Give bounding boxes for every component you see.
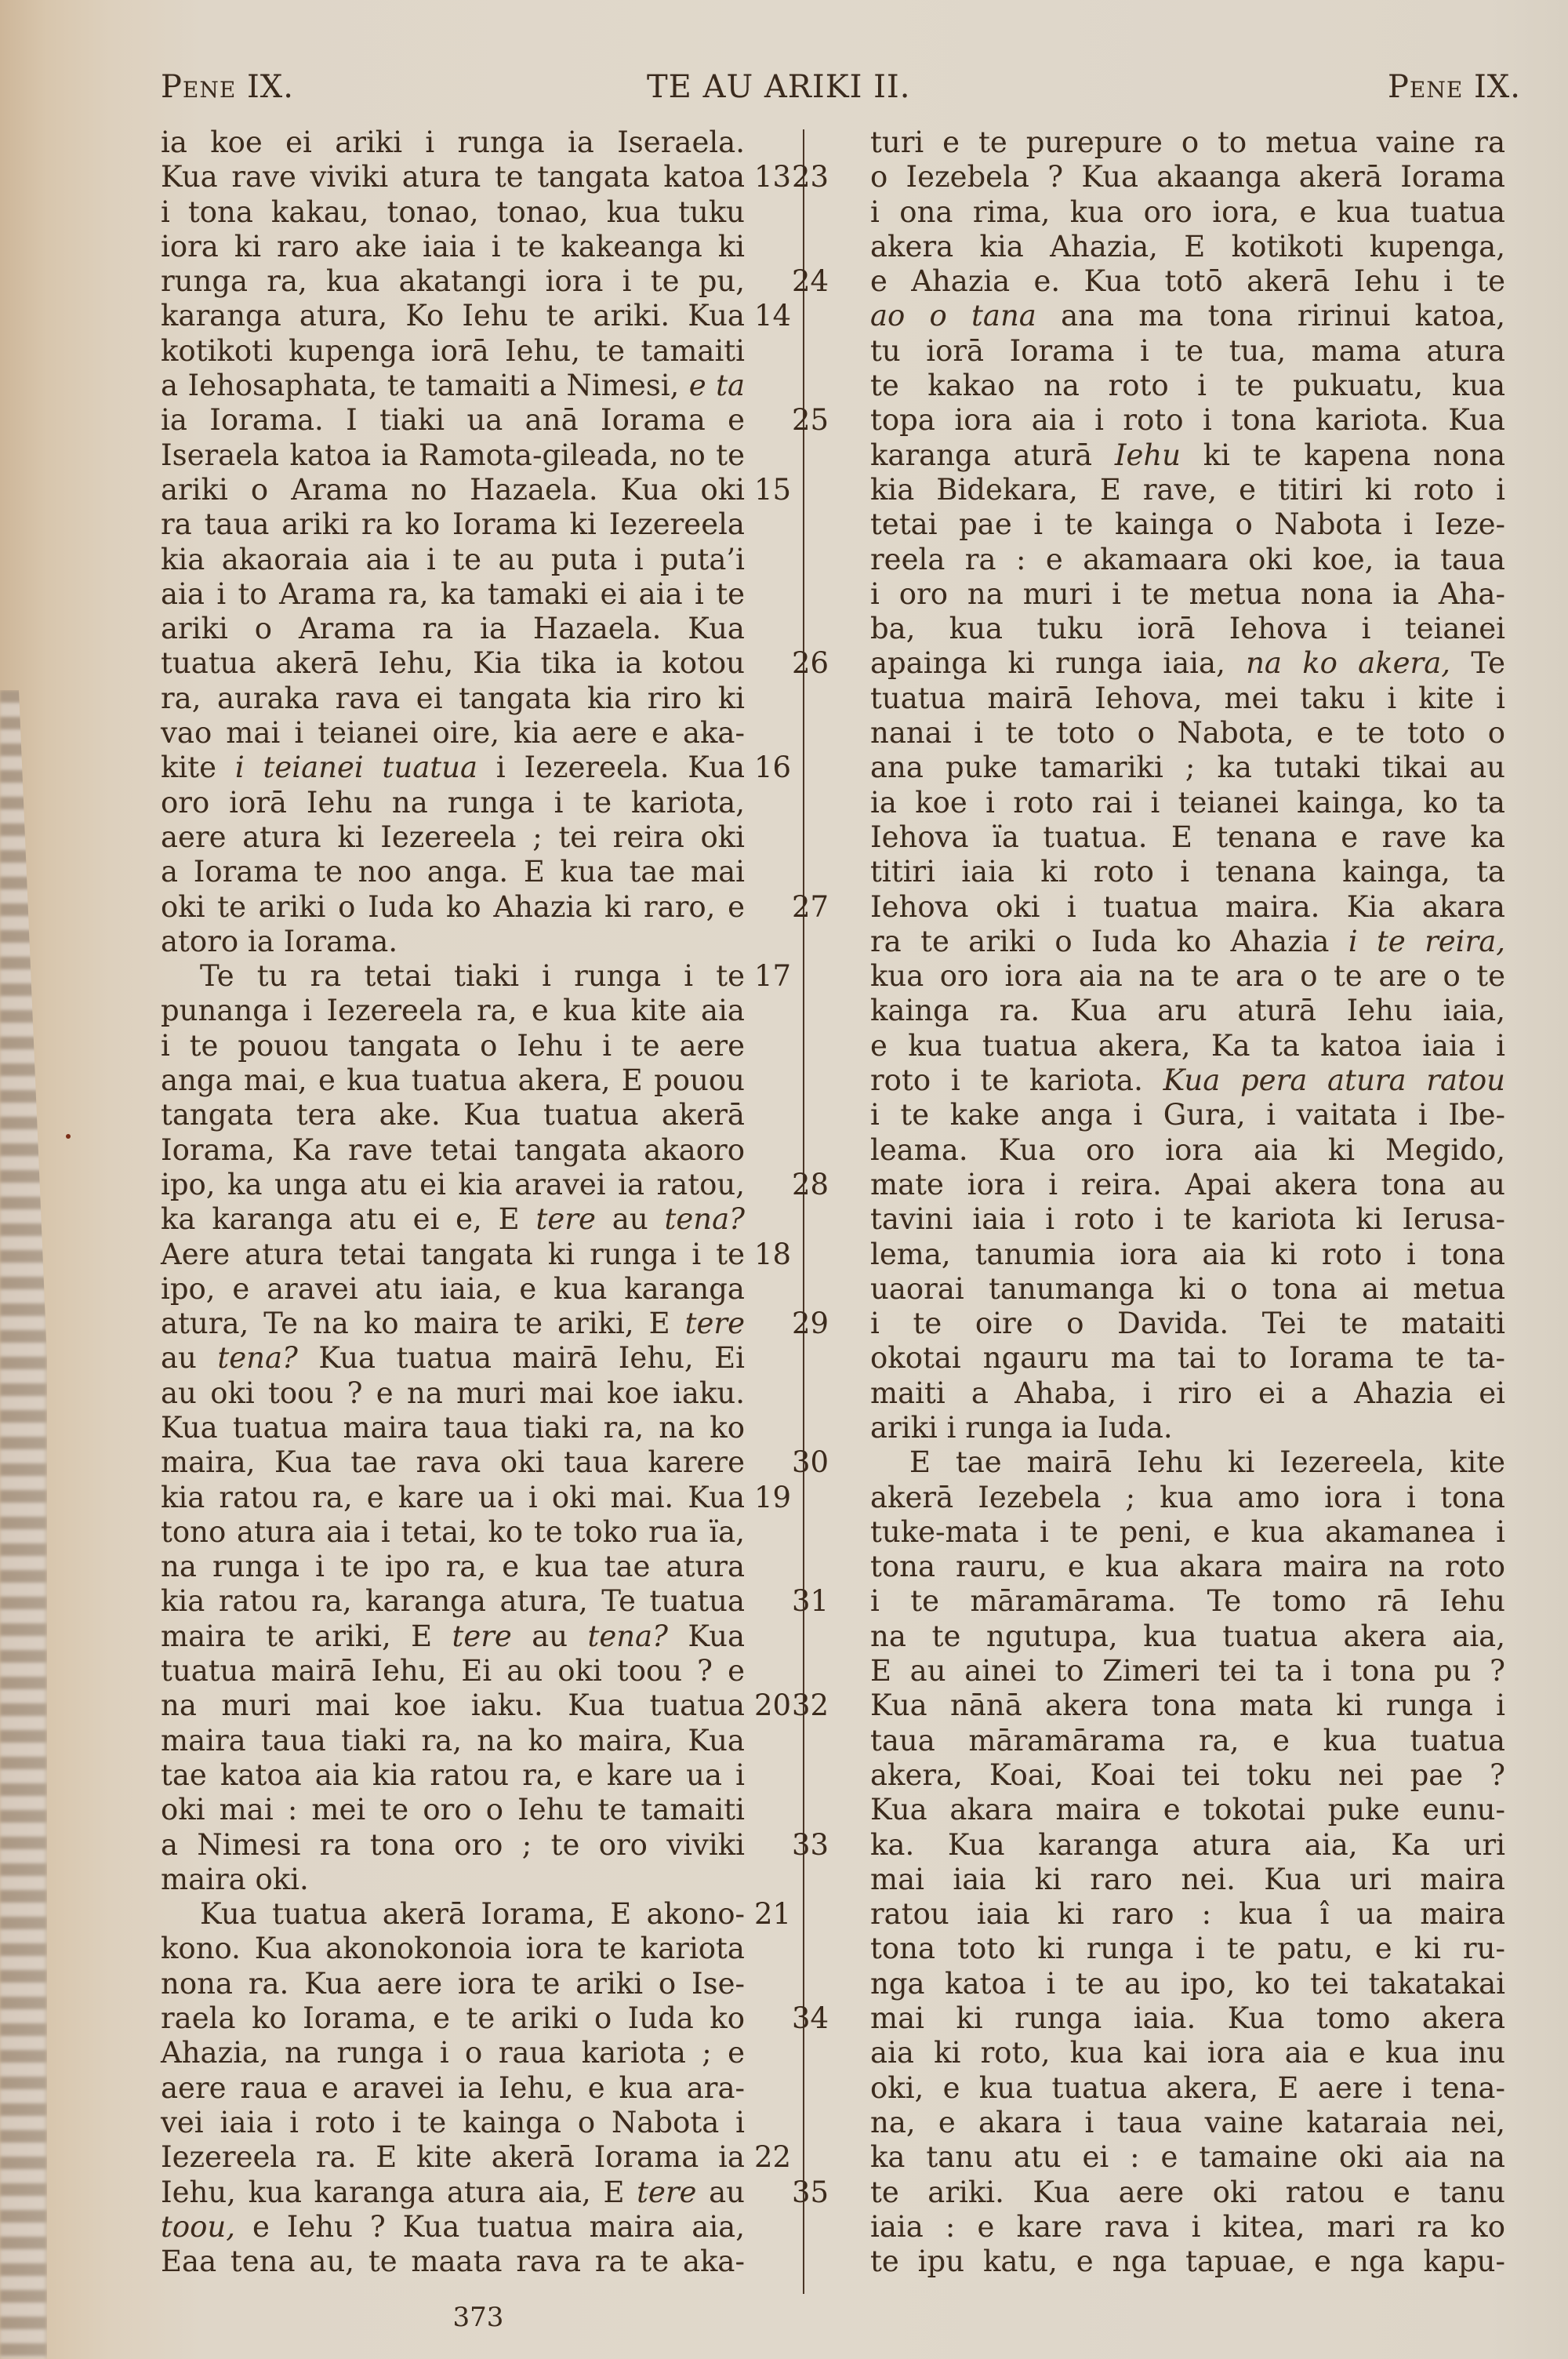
verse-number: 29 xyxy=(792,1307,847,1341)
text-line: iora ki raro ake iaia i te kakeanga ki xyxy=(161,230,745,264)
text-line: Iehova oki i tuatua maira. Kia akara27 xyxy=(870,890,1505,925)
facing-page-edge xyxy=(0,690,47,2359)
text-line: Kua tuatua maira taua tiaki ra, na ko xyxy=(161,1411,745,1445)
text-line: ariki o Arama no Hazaela. Kua oki15 xyxy=(161,473,745,507)
text-line: maiti a Ahaba, i riro ei a Ahazia ei xyxy=(870,1376,1505,1411)
line-text: kua oro iora aia na te ara o te are o te xyxy=(870,959,1505,993)
verse-number: 31 xyxy=(792,1584,847,1619)
line-text: tae katoa aia kia ratou ra, e kare ua i xyxy=(161,1758,745,1792)
text-line: karanga aturā Iehu ki te kapena nona xyxy=(870,438,1505,473)
line-text: maira te ariki, E xyxy=(161,1619,432,1653)
text-line: i te oire o Davida. Tei te mataiti29 xyxy=(870,1307,1505,1341)
running-head-left: Pene IX. xyxy=(161,69,294,105)
text-line: anga mai, e kua tuatua akera, E pouou xyxy=(161,1063,745,1098)
text-line: karanga atura, Ko Iehu te ariki. Kua14 xyxy=(161,299,745,333)
text-line: aere atura ki Iezereela ; tei reira oki xyxy=(161,820,745,855)
text-line: ipo, e aravei atu iaia, e kua karanga xyxy=(161,1272,745,1307)
line-text: i Iezereela. Kua xyxy=(496,751,745,784)
text-line: ariki i runga ia Iuda. xyxy=(870,1411,1505,1445)
line-text: Te xyxy=(1471,646,1505,680)
text-line: ra, auraka rava ei tangata kia riro ki xyxy=(161,682,745,716)
line-text: karanga aturā xyxy=(870,438,1092,472)
line-text: tona rauru, e kua akara maira na roto xyxy=(870,1550,1505,1583)
left-text-column: ia koe ei ariki i runga ia Iseraela.Kua … xyxy=(161,125,745,2279)
line-text: ba, kua tuku iorā Iehova i teianei xyxy=(870,612,1505,645)
line-text: topa iora aia i roto i tona kariota. Kua xyxy=(870,403,1505,437)
italic-text: Kua pera atura ratou xyxy=(1163,1063,1505,1097)
line-text: taua māramārama ra, e kua tuatua xyxy=(870,1724,1505,1757)
text-line: akera, Koai, Koai tei toku nei pae ? xyxy=(870,1758,1505,1793)
verse-number: 15 xyxy=(754,473,809,507)
text-line: ia koe i roto rai i teianei kainga, ko t… xyxy=(870,786,1505,820)
text-line: e kua tuatua akera, Ka ta katoa iaia i xyxy=(870,1029,1505,1063)
line-text: i te oire o Davida. Tei te mataiti xyxy=(870,1307,1505,1340)
text-line: tangata tera ake. Kua tuatua akerā xyxy=(161,1098,745,1132)
line-text: uaorai tanumanga ki o tona ai metua xyxy=(870,1272,1505,1306)
verse-number: 21 xyxy=(754,1897,809,1932)
text-line: tuatua mairā Iehu, Ei au oki toou ? e xyxy=(161,1654,745,1688)
line-text: aere atura ki Iezereela ; tei reira oki xyxy=(161,820,745,854)
text-line: au tena? Kua tuatua mairā Iehu, Ei xyxy=(161,1341,745,1376)
text-line: kite i teianei tuatua i Iezereela. Kua16 xyxy=(161,751,745,785)
italic-text: tere xyxy=(452,1619,511,1653)
line-text: tono atura aia i tetai, ko te toko rua ï… xyxy=(161,1515,745,1549)
verse-number: 30 xyxy=(792,1445,847,1480)
text-line: tetai pae i te kainga o Nabota i Ieze- xyxy=(870,507,1505,542)
text-line: tono atura aia i tetai, ko te toko rua ï… xyxy=(161,1515,745,1550)
line-text: atura, Te na ko maira te ariki, E xyxy=(161,1307,670,1340)
line-text: Iehu, kua karanga atura aia, E xyxy=(161,2175,624,2209)
line-text: Iehova oki i tuatua maira. Kia akara xyxy=(870,890,1505,924)
verse-number: 34 xyxy=(792,2001,847,2036)
text-line: ra taua ariki ra ko Iorama ki Iezereela xyxy=(161,507,745,542)
line-text: Aere atura tetai tangata ki runga i te xyxy=(161,1238,745,1271)
verse-number: 35 xyxy=(792,2175,847,2210)
italic-text: e ta xyxy=(689,369,745,402)
column-divider xyxy=(803,129,804,2294)
page-number: 373 xyxy=(439,2302,517,2333)
line-text: tu iorā Iorama i te tua, mama atura xyxy=(870,334,1505,368)
line-text: Te tu ra tetai tiaki i runga i te xyxy=(200,959,745,993)
line-text: maira oki. xyxy=(161,1863,309,1896)
text-line: oki, e kua tuatua akera, E aere i tena- xyxy=(870,2071,1505,2106)
line-text: nona ra. Kua aere iora te ariki o Ise- xyxy=(161,1967,745,2001)
line-text: aia ki roto, kua kai iora aia e kua inu xyxy=(870,2036,1505,2070)
line-text: au xyxy=(161,1341,197,1375)
italic-text: i teianei tuatua xyxy=(235,751,477,784)
line-text: E au ainei to Zimeri tei ta i tona pu ? xyxy=(870,1654,1505,1688)
text-line: tu iorā Iorama i te tua, mama atura xyxy=(870,334,1505,369)
line-text: E tae mairā Iehu ki Iezereela, kite xyxy=(909,1445,1505,1479)
line-text: ka. Kua karanga atura aia, Ka uri xyxy=(870,1828,1505,1862)
text-line: nanai i te toto o Nabota, e te toto o xyxy=(870,716,1505,751)
line-text: tetai pae i te kainga o Nabota i Ieze- xyxy=(870,507,1505,541)
line-text: iaia : e kare rava i kitea, mari ra ko xyxy=(870,2210,1505,2244)
line-text: nanai i te toto o Nabota, e te toto o xyxy=(870,716,1505,750)
italic-text: tere xyxy=(685,1307,745,1340)
text-line: te ariki. Kua aere oki ratou e tanu35 xyxy=(870,2175,1505,2210)
line-text: apainga ki runga iaia, xyxy=(870,646,1225,680)
line-text: titiri iaia ki roto i tenana kainga, ta xyxy=(870,855,1505,889)
line-text: mai iaia ki raro nei. Kua uri maira xyxy=(870,1863,1505,1896)
text-line: Ahazia, na runga i o raua kariota ; e xyxy=(161,2036,745,2070)
line-text: i tona kakau, tonao, tonao, kua tuku xyxy=(161,195,745,229)
line-text: kite xyxy=(161,751,216,784)
line-text: ipo, ka unga atu ei kia aravei ia ratou, xyxy=(161,1168,745,1201)
text-line: aia i to Arama ra, ka tamaki ei aia i te xyxy=(161,577,745,612)
text-line: Iorama, Ka rave tetai tangata akaoro xyxy=(161,1133,745,1168)
line-text: ka tanu atu ei : e tamaine oki aia na xyxy=(870,2140,1505,2174)
text-line: i te pouou tangata o Iehu i te aere xyxy=(161,1029,745,1063)
line-text: Iezereela ra. E kite akerā Iorama ia xyxy=(161,2140,745,2174)
text-line: tuatua mairā Iehova, mei taku i kite i xyxy=(870,682,1505,716)
line-text: Iehova ïa tuatua. E tenana e rave ka xyxy=(870,820,1505,854)
line-text: ariki o Arama no Hazaela. Kua oki xyxy=(161,473,745,507)
text-line: e Ahazia e. Kua totō akerā Iehu i te24 xyxy=(870,264,1505,299)
line-text: te kakao na roto i te pukuatu, kua xyxy=(870,369,1505,402)
line-text: vei iaia i roto i te kainga o Nabota i xyxy=(161,2106,745,2139)
text-line: ia koe ei ariki i runga ia Iseraela. xyxy=(161,125,745,160)
line-text: e Iehu ? Kua tuatua maira aia, xyxy=(252,2210,745,2244)
text-line: Kua nānā akera tona mata ki runga i32 xyxy=(870,1688,1505,1723)
text-line: atura, Te na ko maira te ariki, E tere xyxy=(161,1307,745,1341)
line-text: ra taua ariki ra ko Iorama ki Iezereela xyxy=(161,507,745,541)
line-text: aia i to Arama ra, ka tamaki ei aia i te xyxy=(161,577,745,611)
text-line: lema, tanumia iora aia ki roto i tona xyxy=(870,1238,1505,1272)
text-line: tona rauru, e kua akara maira na roto xyxy=(870,1550,1505,1584)
line-text: kotikoti kupenga iorā Iehu, te tamaiti xyxy=(161,334,745,368)
running-head-right: Pene IX. xyxy=(1388,69,1521,105)
text-line: i oro na muri i te metua nona ia Aha- xyxy=(870,577,1505,612)
text-line: na, e akara i taua vaine kataraia nei, xyxy=(870,2106,1505,2140)
line-text: i te kake anga i Gura, i vaitata i Ibe- xyxy=(870,1098,1505,1132)
text-line: kono. Kua akonokonoia iora te kariota xyxy=(161,1932,745,1966)
line-text: kia ratou ra, karanga atura, Te tuatua xyxy=(161,1584,745,1618)
text-line: E tae mairā Iehu ki Iezereela, kite30 xyxy=(870,1445,1505,1480)
line-text: maira, Kua tae rava oki taua karere xyxy=(161,1445,745,1479)
text-line: oki te ariki o Iuda ko Ahazia ki raro, e xyxy=(161,890,745,925)
line-text: akera, Koai, Koai tei toku nei pae ? xyxy=(870,1758,1505,1792)
line-text: roto i te kariota. xyxy=(870,1063,1143,1097)
text-line: mate iora i reira. Apai akera tona au28 xyxy=(870,1168,1505,1202)
line-text: i te pouou tangata o Iehu i te aere xyxy=(161,1029,745,1063)
text-line: te kakao na roto i te pukuatu, kua xyxy=(870,369,1505,403)
text-line: ba, kua tuku iorā Iehova i teianei xyxy=(870,612,1505,646)
text-line: Iseraela katoa ia Ramota-gileada, no te xyxy=(161,438,745,473)
line-text: ka karanga atu ei e, E xyxy=(161,1202,520,1236)
line-text: oki mai : mei te oro o Iehu te tamaiti xyxy=(161,1793,745,1826)
line-text: reela ra : e akamaara oki koe, ia taua xyxy=(870,543,1505,576)
text-line: Eaa tena au, te maata rava ra te aka- xyxy=(161,2245,745,2279)
text-line: roto i te kariota. Kua pera atura ratou xyxy=(870,1063,1505,1098)
text-line: turi e te purepure o to metua vaine ra xyxy=(870,125,1505,160)
line-text: maira taua tiaki ra, na ko maira, Kua xyxy=(161,1724,745,1757)
line-text: ra, auraka rava ei tangata kia riro ki xyxy=(161,682,745,715)
line-text: raela ko Iorama, e te ariki o Iuda ko xyxy=(161,2001,745,2035)
italic-text: na ko akera, xyxy=(1246,646,1450,680)
line-text: lema, tanumia iora aia ki roto i tona xyxy=(870,1238,1505,1271)
line-text: na te ngutupa, kua tuatua akera aia, xyxy=(870,1619,1505,1653)
line-text: Iorama, Ka rave tetai tangata akaoro xyxy=(161,1133,745,1167)
text-line: na runga i te ipo ra, e kua tae atura xyxy=(161,1550,745,1584)
line-text: oro iorā Iehu na runga i te kariota, xyxy=(161,786,745,820)
text-line: i ona rima, kua oro iora, e kua tuatua xyxy=(870,195,1505,230)
text-line: ratou iaia ki raro : kua î ua maira xyxy=(870,1897,1505,1932)
text-line: vei iaia i roto i te kainga o Nabota i xyxy=(161,2106,745,2140)
verse-number: 14 xyxy=(754,299,809,333)
text-line: mai iaia ki raro nei. Kua uri maira xyxy=(870,1863,1505,1897)
text-line: ka. Kua karanga atura aia, Ka uri33 xyxy=(870,1828,1505,1863)
line-text: ia Iorama. I tiaki ua anā Iorama e xyxy=(161,403,745,437)
line-text: Kua tuatua akerā Iorama, E akono- xyxy=(200,1897,745,1931)
text-line: Iehu, kua karanga atura aia, E tere au xyxy=(161,2175,745,2210)
text-line: Kua tuatua akerā Iorama, E akono-21 xyxy=(161,1897,745,1932)
italic-text: i te reira, xyxy=(1348,925,1505,958)
verse-number: 18 xyxy=(754,1238,809,1272)
line-text: tangata tera ake. Kua tuatua akerā xyxy=(161,1098,745,1132)
italic-text: tere xyxy=(637,2175,696,2209)
text-line: maira te ariki, E tere au tena? Kua xyxy=(161,1619,745,1654)
verse-number: 33 xyxy=(792,1828,847,1863)
line-text: akerā Iezebela ; kua amo iora i tona xyxy=(870,1481,1505,1514)
line-text: o Iezebela ? Kua akaanga akerā Iorama xyxy=(870,160,1505,194)
line-text: kia akaoraia aia i te au puta i puta’i xyxy=(161,543,745,576)
line-text: vao mai i teianei oire, kia aere e aka- xyxy=(161,716,745,750)
line-text: oki, e kua tuatua akera, E aere i tena- xyxy=(870,2071,1505,2105)
line-text: mate iora i reira. Apai akera tona au xyxy=(870,1168,1505,1201)
line-text: Kua xyxy=(688,1619,745,1653)
text-line: i te māramārama. Te tomo rā Iehu31 xyxy=(870,1584,1505,1619)
line-text: tavini iaia i roto i te kariota ki Ierus… xyxy=(870,1202,1505,1236)
text-line: uaorai tanumanga ki o tona ai metua xyxy=(870,1272,1505,1307)
running-head-title: TE AU ARIKI II. xyxy=(647,69,910,105)
text-line: titiri iaia ki roto i tenana kainga, ta xyxy=(870,855,1505,889)
line-text: mai ki runga iaia. Kua tomo akera xyxy=(870,2001,1505,2035)
line-text: e kua tuatua akera, Ka ta katoa iaia i xyxy=(870,1029,1505,1063)
line-text: aere raua e aravei ia Iehu, e kua ara- xyxy=(161,2071,745,2105)
text-line: kua oro iora aia na te ara o te are o te xyxy=(870,959,1505,994)
text-line: au oki toou ? e na muri mai koe iaku. xyxy=(161,1376,745,1411)
line-text: Eaa tena au, te maata rava ra te aka- xyxy=(161,2245,745,2278)
text-line: punanga i Iezereela ra, e kua kite aia xyxy=(161,994,745,1028)
text-line: tuatua akerā Iehu, Kia tika ia kotou xyxy=(161,646,745,681)
text-line: a Iorama te noo anga. E kua tae mai xyxy=(161,855,745,889)
text-line: maira, Kua tae rava oki taua karere xyxy=(161,1445,745,1480)
line-text: kainga ra. Kua aru aturā Iehu iaia, xyxy=(870,994,1505,1027)
italic-text: tena? xyxy=(587,1619,668,1653)
text-line: taua māramārama ra, e kua tuatua xyxy=(870,1724,1505,1758)
text-line: Te tu ra tetai tiaki i runga i te17 xyxy=(161,959,745,994)
text-line: kia akaoraia aia i te au puta i puta’i xyxy=(161,543,745,577)
line-text: kia ratou ra, e kare ua i oki mai. Kua xyxy=(161,1481,745,1514)
book-page: Pene IX. TE AU ARIKI II. Pene IX. ia koe… xyxy=(0,0,1568,2359)
verse-number: 23 xyxy=(792,160,847,194)
text-line: ka karanga atu ei e, E tere au tena? xyxy=(161,1202,745,1237)
line-text: akera kia Ahazia, E kotikoti kupenga, xyxy=(870,230,1505,264)
line-text: Kua akara maira e tokotai puke eunu- xyxy=(870,1793,1505,1826)
line-text: a Iehosaphata, te tamaiti a Nimesi, xyxy=(161,369,679,402)
text-line: apainga ki runga iaia, na ko akera, Te26 xyxy=(870,646,1505,681)
text-line: leama. Kua oro iora aia ki Megido, xyxy=(870,1133,1505,1168)
italic-text: tena? xyxy=(217,1341,298,1375)
line-text: Ahazia, na runga i o raua kariota ; e xyxy=(161,2036,745,2070)
text-line: okotai ngauru ma tai to Iorama te ta- xyxy=(870,1341,1505,1376)
line-text: maiti a Ahaba, i riro ei a Ahazia ei xyxy=(870,1376,1505,1410)
line-text: au oki toou ? e na muri mai koe iaku. xyxy=(161,1376,745,1410)
text-line: oki mai : mei te oro o Iehu te tamaiti xyxy=(161,1793,745,1827)
line-text: i te māramārama. Te tomo rā Iehu xyxy=(870,1584,1505,1618)
line-text: nga katoa i te au ipo, ko tei takatakai xyxy=(870,1967,1505,2001)
line-text: kono. Kua akonokonoia iora te kariota xyxy=(161,1932,745,1965)
line-text: te ipu katu, e nga tapuae, e nga kapu- xyxy=(870,2245,1505,2278)
verse-number: 32 xyxy=(792,1688,847,1723)
text-line: kia Bidekara, E rave, e titiri ki roto i xyxy=(870,473,1505,507)
line-text: ratou iaia ki raro : kua î ua maira xyxy=(870,1897,1505,1931)
text-line: E au ainei to Zimeri tei ta i tona pu ? xyxy=(870,1654,1505,1688)
text-line: akerā Iezebela ; kua amo iora i tona xyxy=(870,1481,1505,1515)
italic-text: tere xyxy=(536,1202,596,1236)
text-line: maira oki. xyxy=(161,1863,745,1897)
line-text: ki te kapena nona xyxy=(1203,438,1505,472)
line-text: ariki i runga ia Iuda. xyxy=(870,1411,1173,1445)
text-line: ariki o Arama ra ia Hazaela. Kua xyxy=(161,612,745,646)
line-text: na runga i te ipo ra, e kua tae atura xyxy=(161,1550,745,1583)
verse-number: 16 xyxy=(754,751,809,785)
line-text: turi e te purepure o to metua vaine ra xyxy=(870,125,1505,159)
text-line: kia ratou ra, karanga atura, Te tuatua xyxy=(161,1584,745,1619)
text-line: tae katoa aia kia ratou ra, e kare ua i xyxy=(161,1758,745,1793)
line-text: anga mai, e kua tuatua akera, E pouou xyxy=(161,1063,745,1097)
line-text: leama. Kua oro iora aia ki Megido, xyxy=(870,1133,1505,1167)
text-line: a Nimesi ra tona oro ; te oro viviki xyxy=(161,1828,745,1863)
running-head: Pene IX. TE AU ARIKI II. Pene IX. xyxy=(161,69,1521,116)
text-line: nga katoa i te au ipo, ko tei takatakai xyxy=(870,1967,1505,2001)
text-line: tavini iaia i roto i te kariota ki Ierus… xyxy=(870,1202,1505,1237)
line-text: tuatua mairā Iehova, mei taku i kite i xyxy=(870,682,1505,715)
text-line: Iezereela ra. E kite akerā Iorama ia22 xyxy=(161,2140,745,2175)
text-line: Aere atura tetai tangata ki runga i te18 xyxy=(161,1238,745,1272)
line-text: Kua rave viviki atura te tangata katoa xyxy=(161,160,745,194)
text-line: aia ki roto, kua kai iora aia e kua inu xyxy=(870,2036,1505,2070)
text-line: i te kake anga i Gura, i vaitata i Ibe- xyxy=(870,1098,1505,1132)
verse-number: 25 xyxy=(792,403,847,438)
right-text-column: turi e te purepure o to metua vaine rao … xyxy=(870,125,1505,2279)
line-text: okotai ngauru ma tai to Iorama te ta- xyxy=(870,1341,1505,1375)
text-line: iaia : e kare rava i kitea, mari ra ko xyxy=(870,2210,1505,2245)
verse-number: 28 xyxy=(792,1168,847,1202)
paper-speck xyxy=(66,1134,71,1139)
line-text: ana puke tamariki ; ka tutaki tikai au xyxy=(870,751,1505,784)
line-text: oki te ariki o Iuda ko Ahazia ki raro, e xyxy=(161,890,745,924)
line-text: au xyxy=(709,2175,745,2209)
text-line: te ipu katu, e nga tapuae, e nga kapu- xyxy=(870,2245,1505,2279)
line-text: a Nimesi ra tona oro ; te oro viviki xyxy=(161,1828,745,1862)
text-line: ana puke tamariki ; ka tutaki tikai au xyxy=(870,751,1505,785)
line-text: i oro na muri i te metua nona ia Aha- xyxy=(870,577,1505,611)
verse-number: 17 xyxy=(754,959,809,994)
italic-text: Iehu xyxy=(1115,438,1181,472)
text-line: ra te ariki o Iuda ko Ahazia i te reira, xyxy=(870,925,1505,959)
line-text: au xyxy=(612,1202,648,1236)
text-line: i tona kakau, tonao, tonao, kua tuku xyxy=(161,195,745,230)
text-line: ao o tana ana ma tona ririnui katoa, xyxy=(870,299,1505,333)
verse-number: 26 xyxy=(792,646,847,681)
line-text: a Iorama te noo anga. E kua tae mai xyxy=(161,855,745,889)
line-text: ra te ariki o Iuda ko Ahazia xyxy=(870,925,1329,958)
line-text: au xyxy=(532,1619,568,1653)
line-text: ipo, e aravei atu iaia, e kua karanga xyxy=(161,1272,745,1306)
text-line: Iehova ïa tuatua. E tenana e rave ka xyxy=(870,820,1505,855)
line-text: na muri mai koe iaku. Kua tuatua xyxy=(161,1688,745,1722)
text-line: a Iehosaphata, te tamaiti a Nimesi, e ta xyxy=(161,369,745,403)
italic-text: tena? xyxy=(665,1202,746,1236)
text-line: kia ratou ra, e kare ua i oki mai. Kua19 xyxy=(161,1481,745,1515)
line-text: ia koe ei ariki i runga ia Iseraela. xyxy=(161,125,745,159)
line-text: atoro ia Iorama. xyxy=(161,925,397,958)
line-text: tuatua mairā Iehu, Ei au oki toou ? e xyxy=(161,1654,745,1688)
line-text: ariki o Arama ra ia Hazaela. Kua xyxy=(161,612,745,645)
verse-number: 22 xyxy=(754,2140,809,2175)
text-line: atoro ia Iorama. xyxy=(161,925,745,959)
text-line: akera kia Ahazia, E kotikoti kupenga, xyxy=(870,230,1505,264)
line-text: Iseraela katoa ia Ramota-gileada, no te xyxy=(161,438,745,472)
text-line: mai ki runga iaia. Kua tomo akera34 xyxy=(870,2001,1505,2036)
verse-number: 24 xyxy=(792,264,847,299)
line-text: ia koe i roto rai i teianei kainga, ko t… xyxy=(870,786,1505,820)
text-line: nona ra. Kua aere iora te ariki o Ise- xyxy=(161,1967,745,2001)
text-line: kainga ra. Kua aru aturā Iehu iaia, xyxy=(870,994,1505,1028)
line-text: Kua tuatua maira taua tiaki ra, na ko xyxy=(161,1411,745,1445)
text-line: vao mai i teianei oire, kia aere e aka- xyxy=(161,716,745,751)
line-text: tona toto ki runga i te patu, e ki ru- xyxy=(870,1932,1505,1965)
verse-number: 19 xyxy=(754,1481,809,1515)
line-text: tuatua akerā Iehu, Kia tika ia kotou xyxy=(161,646,745,680)
line-text: tuke-mata i te peni, e kua akamanea i xyxy=(870,1515,1505,1549)
italic-text: ao o tana xyxy=(870,299,1036,333)
text-line: reela ra : e akamaara oki koe, ia taua xyxy=(870,543,1505,577)
text-line: ia Iorama. I tiaki ua anā Iorama e xyxy=(161,403,745,438)
line-text: Kua tuatua mairā Iehu, Ei xyxy=(318,1341,745,1375)
line-text: punanga i Iezereela ra, e kua kite aia xyxy=(161,994,745,1027)
text-line: kotikoti kupenga iorā Iehu, te tamaiti xyxy=(161,334,745,369)
text-line: raela ko Iorama, e te ariki o Iuda ko xyxy=(161,2001,745,2036)
line-text: kia Bidekara, E rave, e titiri ki roto i xyxy=(870,473,1505,507)
line-text: e Ahazia e. Kua totō akerā Iehu i te xyxy=(870,264,1505,298)
text-line: runga ra, kua akatangi iora i te pu, xyxy=(161,264,745,299)
line-text: Kua nānā akera tona mata ki runga i xyxy=(870,1688,1505,1722)
text-line: toou, e Iehu ? Kua tuatua maira aia, xyxy=(161,2210,745,2245)
text-line: topa iora aia i roto i tona kariota. Kua… xyxy=(870,403,1505,438)
text-line: ipo, ka unga atu ei kia aravei ia ratou, xyxy=(161,1168,745,1202)
line-text: ana ma tona ririnui katoa, xyxy=(1061,299,1505,333)
line-text: iora ki raro ake iaia i te kakeanga ki xyxy=(161,230,745,264)
text-line: ka tanu atu ei : e tamaine oki aia na xyxy=(870,2140,1505,2175)
text-line: Kua rave viviki atura te tangata katoa13 xyxy=(161,160,745,194)
text-line: o Iezebela ? Kua akaanga akerā Iorama23 xyxy=(870,160,1505,194)
text-line: tuke-mata i te peni, e kua akamanea i xyxy=(870,1515,1505,1550)
text-line: na muri mai koe iaku. Kua tuatua20 xyxy=(161,1688,745,1723)
text-line: oro iorā Iehu na runga i te kariota, xyxy=(161,786,745,820)
text-line: aere raua e aravei ia Iehu, e kua ara- xyxy=(161,2071,745,2106)
verse-number: 27 xyxy=(792,890,847,925)
italic-text: toou, xyxy=(161,2210,235,2244)
text-line: maira taua tiaki ra, na ko maira, Kua xyxy=(161,1724,745,1758)
line-text: karanga atura, Ko Iehu te ariki. Kua xyxy=(161,299,745,333)
line-text: te ariki. Kua aere oki ratou e tanu xyxy=(870,2175,1505,2209)
line-text: i ona rima, kua oro iora, e kua tuatua xyxy=(870,195,1505,229)
text-line: Kua akara maira e tokotai puke eunu- xyxy=(870,1793,1505,1827)
line-text: na, e akara i taua vaine kataraia nei, xyxy=(870,2106,1505,2139)
